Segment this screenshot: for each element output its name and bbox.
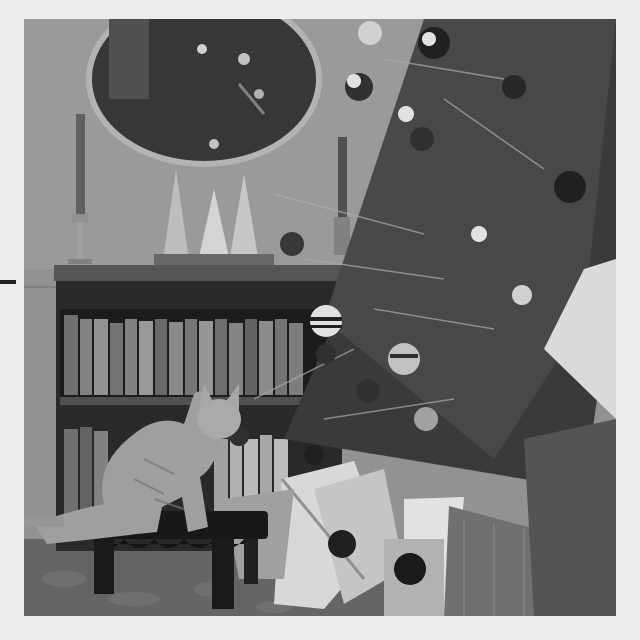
photo-scene — [24, 19, 616, 616]
photograph — [24, 19, 616, 616]
border-mark — [0, 280, 16, 284]
